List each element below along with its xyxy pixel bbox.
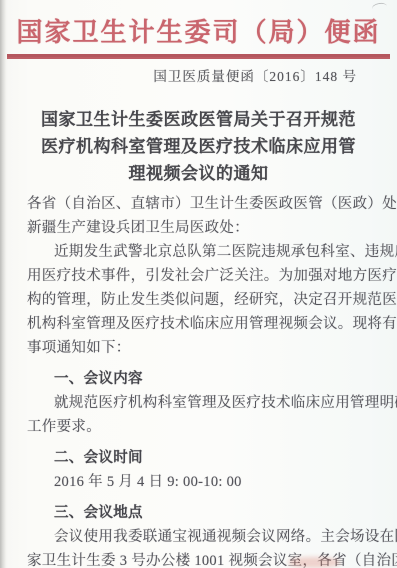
section-heading-3: 三、会议地点 (27, 501, 375, 525)
document-title-line-2: 医疗机构科室管理及医疗技术临床应用管 (0, 133, 397, 160)
recipient-line: 新疆生产建设兵团卫生局医政处： (27, 216, 375, 240)
document-title-line-3: 理视频会议的通知 (0, 160, 397, 187)
meeting-time-line: 2016 年 5 月 4 日 9: 00-10: 00 (27, 470, 375, 494)
letterhead-title: 国家卫生计生委司（局）便函 (0, 0, 397, 49)
section-heading-1: 一、会议内容 (27, 367, 375, 391)
paragraph-line: 工作要求。 (27, 415, 375, 439)
paragraph-line: 机构科室管理及医疗技术临床应用管理视频会议。现将有关 (27, 312, 375, 336)
scanned-document-page: 国家卫生计生委司（局）便函 国卫医质量便函〔2016〕148 号 国家卫生计生委… (0, 0, 397, 568)
document-title: 国家卫生计生委医政医管局关于召开规范 医疗机构科室管理及医疗技术临床应用管 理视… (0, 106, 397, 187)
document-body: 各省（自治区、直辖市）卫生计生委医政医管（医政）处（局）， 新疆生产建设兵团卫生… (27, 192, 375, 568)
document-number: 国卫医质量便函〔2016〕148 号 (0, 65, 397, 85)
scan-edge-shadow (0, 0, 6, 568)
paragraph-line: 构的管理，防止发生类似问题，经研究，决定召开规范医疗 (27, 288, 375, 312)
recipient-line: 各省（自治区、直辖市）卫生计生委医政医管（医政）处（局）， (27, 192, 375, 216)
paragraph-line: 用医疗技术事件，引发社会广泛关注。为加强对地方医疗机 (27, 264, 375, 288)
letterhead-divider (7, 54, 390, 59)
paragraph-line: 就规范医疗机构科室管理及医疗技术临床应用管理明确 (27, 391, 375, 415)
paragraph-line: 近期发生武警北京总队第二医院违规承包科室、违规应 (27, 240, 375, 264)
section-heading-2: 二、会议时间 (27, 446, 375, 470)
paragraph-line: 事项通知如下： (27, 336, 375, 360)
document-title-line-1: 国家卫生计生委医政医管局关于召开规范 (0, 106, 397, 133)
paragraph-line: 会议使用我委联通宝视通视频会议网络。主会场设在国 (27, 525, 375, 549)
scan-red-smudge (288, 557, 340, 568)
